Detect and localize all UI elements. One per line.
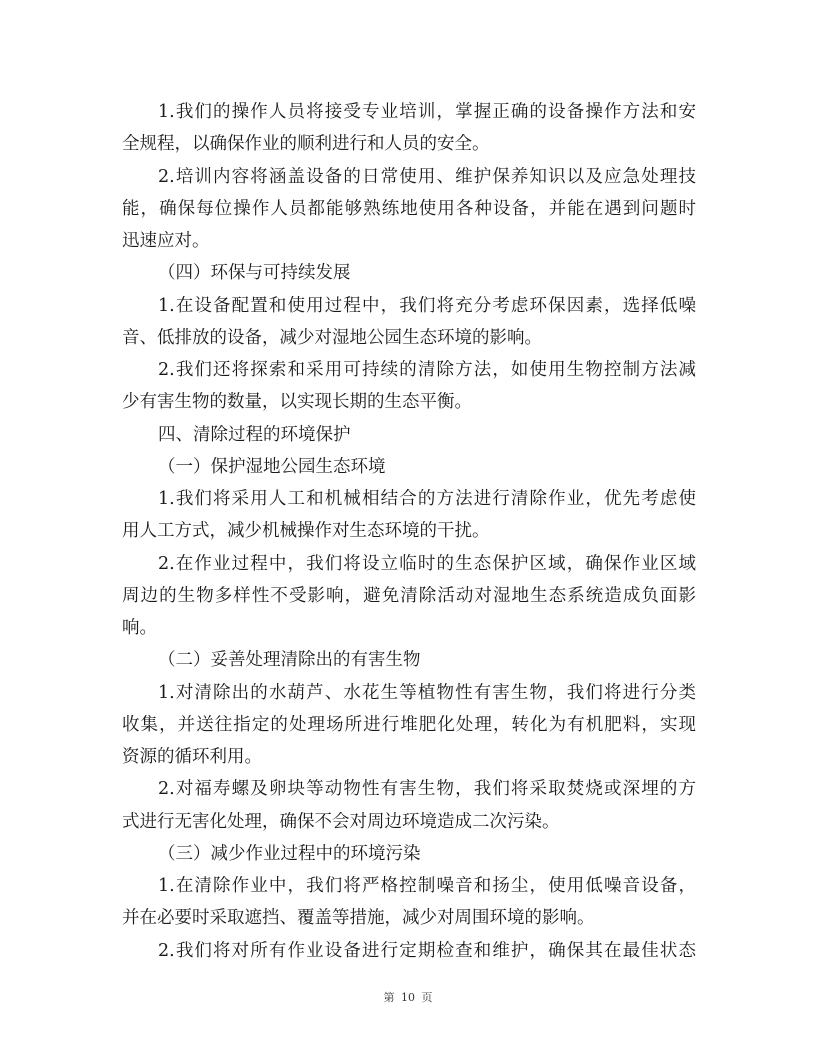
line-text: 1.在设备配置和使用过程中，我们将充分考虑环保因素，选择低噪 xyxy=(158,290,696,322)
chapter-heading: 四、清除过程的环境保护 xyxy=(122,419,696,451)
line-text: 并在必要时采取遮挡、覆盖等措施，减少对周围环境的影响。 xyxy=(122,902,696,934)
paragraph-line: 少有害生物的数量，以实现长期的生态平衡。 xyxy=(122,386,696,418)
heading-text: （四）环保与可持续发展 xyxy=(158,257,696,289)
paragraph-line: 2.我们将对所有作业设备进行定期检查和维护，确保其在最佳状态 xyxy=(122,935,696,967)
section-heading: （二）妥善处理清除出的有害生物 xyxy=(122,644,696,676)
paragraph-line: 响。 xyxy=(122,612,696,644)
page-number: 第 10 页 xyxy=(0,989,816,1005)
paragraph-line: 1.对清除出的水葫芦、水花生等植物性有害生物，我们将进行分类 xyxy=(122,677,696,709)
document-page: 1.我们的操作人员将接受专业培训，掌握正确的设备操作方法和安 全规程，以确保作业… xyxy=(0,0,816,1056)
line-text: 周边的生物多样性不受影响，避免清除活动对湿地生态系统造成负面影 xyxy=(122,580,696,612)
paragraph-line: 资源的循环利用。 xyxy=(122,741,696,773)
line-text: 迅速应对。 xyxy=(122,225,696,257)
heading-text: （二）妥善处理清除出的有害生物 xyxy=(158,644,696,676)
paragraph-line: 周边的生物多样性不受影响，避免清除活动对湿地生态系统造成负面影 xyxy=(122,580,696,612)
paragraph-line: 2.培训内容将涵盖设备的日常使用、维护保养知识以及应急处理技 xyxy=(122,161,696,193)
paragraph-line: 2.在作业过程中，我们将设立临时的生态保护区域，确保作业区域 xyxy=(122,548,696,580)
line-text: 1.我们将采用人工和机械相结合的方法进行清除作业，优先考虑使 xyxy=(158,483,696,515)
line-text: 响。 xyxy=(122,612,696,644)
paragraph-line: 1.我们的操作人员将接受专业培训，掌握正确的设备操作方法和安 xyxy=(122,96,696,128)
paragraph-line: 1.我们将采用人工和机械相结合的方法进行清除作业，优先考虑使 xyxy=(122,483,696,515)
line-text: 1.在清除作业中，我们将严格控制噪音和扬尘，使用低噪音设备， xyxy=(158,870,696,902)
line-text: 收集，并送往指定的处理场所进行堆肥化处理，转化为有机肥料，实现 xyxy=(122,709,696,741)
line-text: 2.培训内容将涵盖设备的日常使用、维护保养知识以及应急处理技 xyxy=(158,161,696,193)
line-text: 式进行无害化处理，确保不会对周边环境造成二次污染。 xyxy=(122,806,696,838)
line-text: 音、低排放的设备，减少对湿地公园生态环境的影响。 xyxy=(122,322,696,354)
paragraph-line: 1.在设备配置和使用过程中，我们将充分考虑环保因素，选择低噪 xyxy=(122,290,696,322)
paragraph-line: 1.在清除作业中，我们将严格控制噪音和扬尘，使用低噪音设备， xyxy=(122,870,696,902)
paragraph-line: 音、低排放的设备，减少对湿地公园生态环境的影响。 xyxy=(122,322,696,354)
paragraph-line: 用人工方式，减少机械操作对生态环境的干扰。 xyxy=(122,515,696,547)
paragraph-line: 迅速应对。 xyxy=(122,225,696,257)
paragraph-line: 2.对福寿螺及卵块等动物性有害生物，我们将采取焚烧或深埋的方 xyxy=(122,773,696,805)
paragraph-line: 式进行无害化处理，确保不会对周边环境造成二次污染。 xyxy=(122,806,696,838)
paragraph-line: 能，确保每位操作人员都能够熟练地使用各种设备，并能在遇到问题时 xyxy=(122,193,696,225)
paragraph-line: 收集，并送往指定的处理场所进行堆肥化处理，转化为有机肥料，实现 xyxy=(122,709,696,741)
line-text: 全规程，以确保作业的顺利进行和人员的安全。 xyxy=(122,128,696,160)
line-text: 2.我们还将探索和采用可持续的清除方法，如使用生物控制方法减 xyxy=(158,354,696,386)
line-text: 用人工方式，减少机械操作对生态环境的干扰。 xyxy=(122,515,696,547)
line-text: 1.对清除出的水葫芦、水花生等植物性有害生物，我们将进行分类 xyxy=(158,677,696,709)
line-text: 资源的循环利用。 xyxy=(122,741,696,773)
heading-text: 四、清除过程的环境保护 xyxy=(158,419,696,451)
line-text: 少有害生物的数量，以实现长期的生态平衡。 xyxy=(122,386,696,418)
document-body: 1.我们的操作人员将接受专业培训，掌握正确的设备操作方法和安 全规程，以确保作业… xyxy=(122,96,696,967)
line-text: 2.在作业过程中，我们将设立临时的生态保护区域，确保作业区域 xyxy=(158,548,696,580)
section-heading: （一）保护湿地公园生态环境 xyxy=(122,451,696,483)
heading-text: （三）减少作业过程中的环境污染 xyxy=(158,838,696,870)
section-heading: （三）减少作业过程中的环境污染 xyxy=(122,838,696,870)
paragraph-line: 全规程，以确保作业的顺利进行和人员的安全。 xyxy=(122,128,696,160)
section-heading: （四）环保与可持续发展 xyxy=(122,257,696,289)
line-text: 能，确保每位操作人员都能够熟练地使用各种设备，并能在遇到问题时 xyxy=(122,193,696,225)
heading-text: （一）保护湿地公园生态环境 xyxy=(158,451,696,483)
paragraph-line: 2.我们还将探索和采用可持续的清除方法，如使用生物控制方法减 xyxy=(122,354,696,386)
line-text: 1.我们的操作人员将接受专业培训，掌握正确的设备操作方法和安 xyxy=(158,96,696,128)
line-text: 2.对福寿螺及卵块等动物性有害生物，我们将采取焚烧或深埋的方 xyxy=(158,773,696,805)
line-text: 2.我们将对所有作业设备进行定期检查和维护，确保其在最佳状态 xyxy=(158,935,696,967)
paragraph-line: 并在必要时采取遮挡、覆盖等措施，减少对周围环境的影响。 xyxy=(122,902,696,934)
